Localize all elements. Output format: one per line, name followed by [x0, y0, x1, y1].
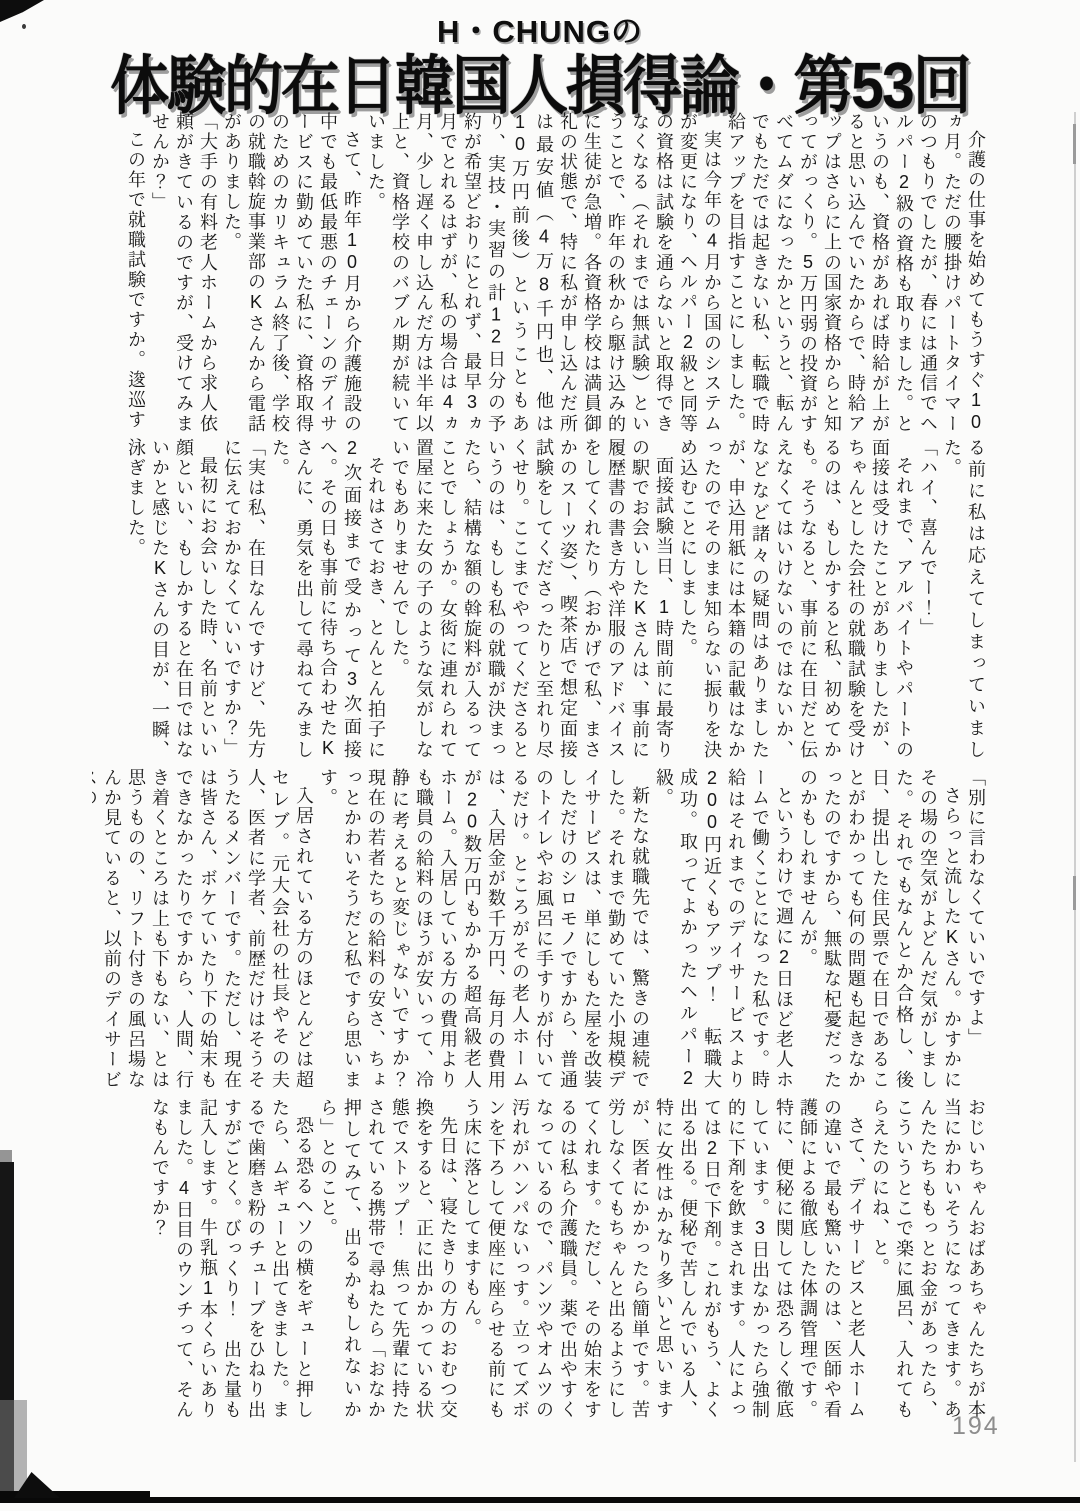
article-paragraph: さらっと流したKさん。かすかにその場の空気がよどんだ気がしました。それでもなんと…	[796, 768, 964, 1090]
article-band-4: おじいちゃんおばあちゃんたちが本当にかわいそうになってきます。あんたたちももっと…	[92, 1098, 988, 1420]
article-paragraph: おじいちゃんおばあちゃんたちが本当にかわいそうになってきます。あんたたちももっと…	[868, 1098, 988, 1420]
article-paragraph: というわけで週に2日ほど老人ホームで働くことになった私です。時給はそれまでのデイ…	[652, 768, 796, 1090]
article-paragraph: 入居されている方のほとんどは超セレブ。元大会社の社長やその夫人、医者に学者、前歴…	[92, 768, 316, 1090]
article-paragraph: 「別に言わなくていいですよ」	[964, 768, 988, 1090]
article-paragraph: 新たな就職先では、驚きの連続でした。それまで勤めていた小規模デイサービスは、単に…	[316, 768, 652, 1090]
article-paragraph: 最初にお会いした時、名前といい顔といい、もしかすると在日ではないかと感じたKさん…	[124, 438, 220, 760]
scan-artifact-right-edge-mark	[1073, 876, 1076, 910]
article-band-3: 「別に言わなくていいですよ」さらっと流したKさん。かすかにその場の空気がよどんだ…	[92, 768, 988, 1090]
article-paragraph: さて、デイサービスと老人ホームの違いで最も驚いたのは、医師や看護師による徹底した…	[460, 1098, 868, 1420]
article-paragraph: 「ハイ、喜んでー！」	[916, 438, 940, 760]
scan-artifact-right-edge-mark	[1073, 124, 1076, 164]
scan-artifact-bottom-line	[0, 1497, 1080, 1503]
article-paragraph: さて、昨年10月から介護施設の中でも最低最悪のチェーンのデイサービスに勤めていた…	[220, 112, 364, 434]
article-paragraph: それまで、アルバイトやパートの面接は受けたことがありましたが、ちゃんとした会社の…	[676, 438, 916, 760]
article-paragraph: 実は今年の4月から国のシステムが変更になり、ヘルパー2級と同等の資格は試験を通ら…	[364, 112, 724, 434]
article-paragraph: それはさておき、とんとん拍子に2次面接まで受かって3次面接へ。その日も事前に待ち…	[268, 438, 388, 760]
page-number: 194	[952, 1412, 1000, 1441]
magazine-page: H・CHUNGの 体験的在日韓国人損得論・第53回 介護の仕事を始めてもうすぐ1…	[0, 0, 1080, 1511]
article-band-1: 介護の仕事を始めてもうすぐ10ヵ月。ただの腰掛けパートタイマーのつもりでしたが、…	[92, 112, 988, 434]
article-paragraph: 「実は私、在日なんですけど、先方に伝えておかなくていいですか？」	[220, 438, 268, 760]
article-paragraph: 面接試験当日、1時間前に最寄りの駅でお会いしたKさんは、事前に履歴書の書き方や洋…	[388, 438, 676, 760]
article-band-2: る前に私は応えてしまっていました。「ハイ、喜んでー！」それまで、アルバイトやパー…	[92, 438, 988, 760]
article-paragraph: 恐る恐るヘソの横をギューと押したら、ムギューと出てきました。まるで歯磨き粉のチュ…	[148, 1098, 316, 1420]
article-paragraph: 介護の仕事を始めてもうすぐ10ヵ月。ただの腰掛けパートタイマーのつもりでしたが、…	[724, 112, 988, 434]
article-paragraph: この年で就職試験ですか。逡巡す	[124, 112, 148, 434]
article-paragraph: 「大手の有料老人ホームから求人依頼がきているのですが、受けてみませんか？」	[148, 112, 220, 434]
scan-artifact-right-edge-line	[1074, 112, 1076, 1462]
article-paragraph: 先日は、寝たきりの方のおむつ交換をすると、正に出かかっている状態でストップ！ 焦…	[316, 1098, 460, 1420]
article-paragraph: る前に私は応えてしまっていました。	[940, 438, 988, 760]
